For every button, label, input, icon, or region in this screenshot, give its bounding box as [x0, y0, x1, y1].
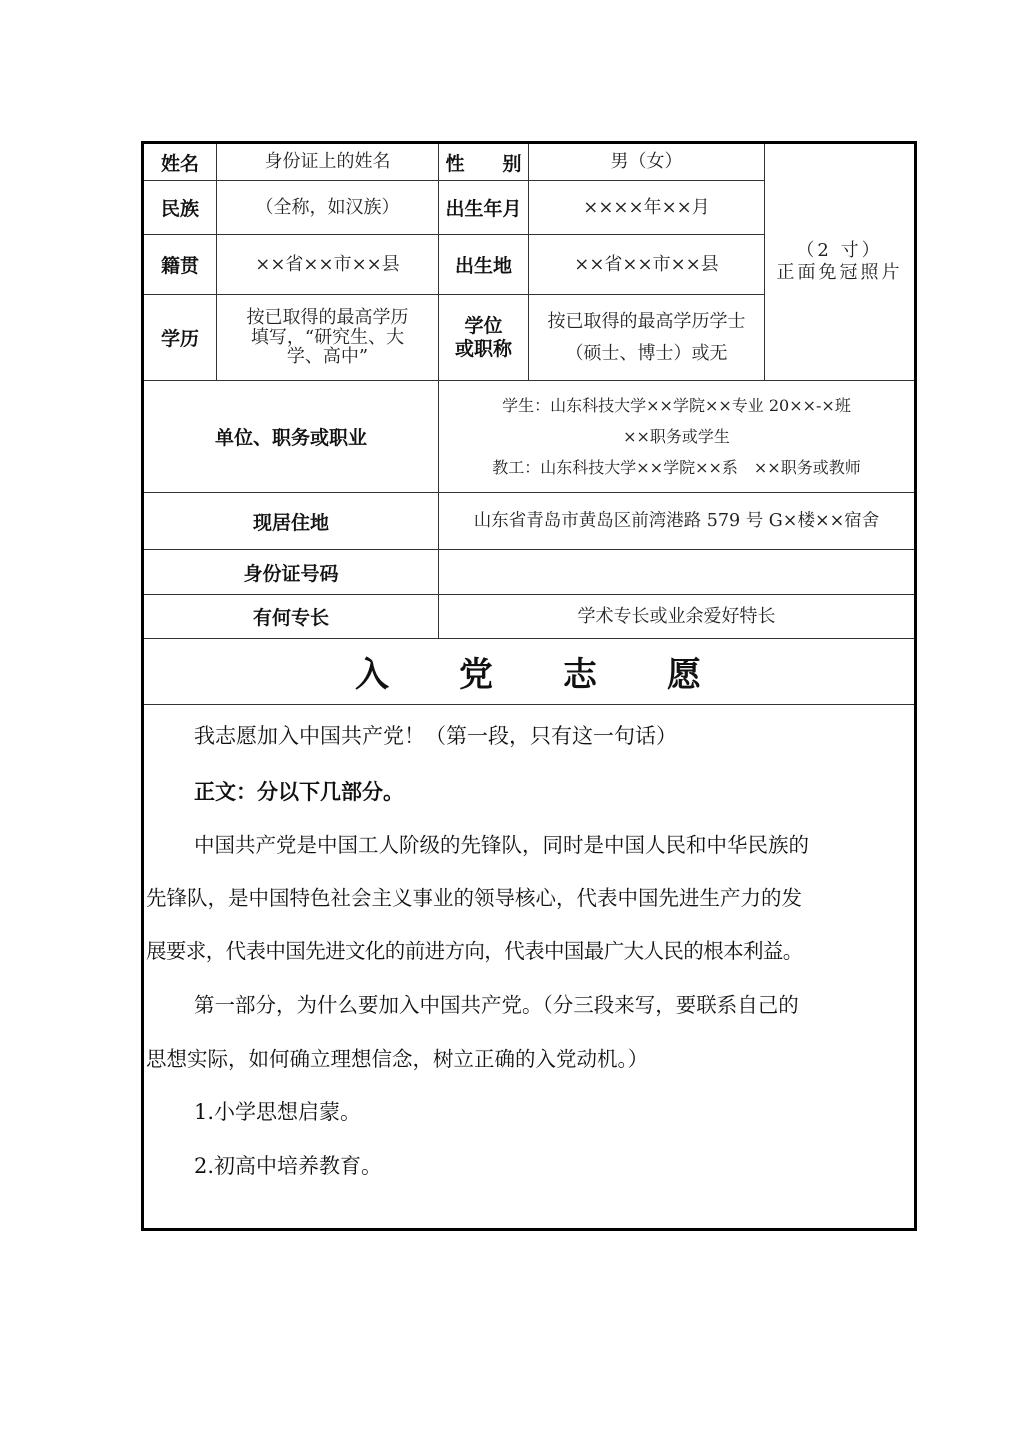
photo-placeholder[interactable]: （2 寸） 正面免冠照片	[765, 144, 914, 380]
birthplace-label: 出生地	[439, 235, 528, 294]
id-number-field[interactable]	[439, 550, 914, 594]
education-line: 学、高中”	[287, 347, 368, 367]
employer-line: 教工：山东科技大学××学院××系 ××职务或教师	[492, 452, 860, 483]
degree-label-line: 或职称	[455, 338, 512, 361]
section-title-char: 志	[563, 647, 599, 696]
section-title-char: 入	[355, 647, 391, 696]
education-line: 按已取得的最高学历	[247, 308, 409, 328]
name-field[interactable]: 身份证上的姓名	[217, 144, 438, 180]
address-field[interactable]: 山东省青岛市黄岛区前湾港路 579 号 G×楼××宿舍	[439, 493, 914, 549]
paragraph-line: 展要求，代表中国先进文化的前进方向，代表中国最广大人民的根本利益。	[146, 934, 803, 964]
specialty-label: 有何专长	[144, 595, 438, 638]
application-form: 姓名 身份证上的姓名 性 别 男（女） （2 寸） 正面免冠照片 民族 （全称，…	[141, 141, 917, 1231]
gender-label: 性 别	[439, 144, 528, 180]
photo-size-text: （2 寸）	[796, 240, 882, 262]
section-title-char: 党	[459, 647, 495, 696]
paragraph-declaration: 我志愿加入中国共产党！（第一段，只有这一句话）	[194, 720, 677, 750]
address-label: 现居住地	[144, 493, 438, 549]
ethnicity-label: 民族	[144, 181, 216, 234]
specialty-field[interactable]: 学术专长或业余爱好特长	[439, 595, 914, 638]
employer-field[interactable]: 学生：山东科技大学××学院××专业 20××-×班 ××职务或学生 教工：山东科…	[439, 381, 914, 492]
list-item: 1.小学思想启蒙。	[194, 1096, 361, 1126]
section-title: 入 党 志 愿	[144, 639, 914, 704]
id-number-label: 身份证号码	[144, 550, 438, 594]
employer-label: 单位、职务或职业	[144, 381, 438, 492]
paragraph-line: 中国共产党是中国工人阶级的先锋队，同时是中国人民和中华民族的	[194, 828, 809, 858]
degree-line: 按已取得的最高学历学士	[548, 306, 746, 338]
degree-label: 学位 或职称	[439, 295, 528, 380]
gender-field[interactable]: 男（女）	[529, 144, 764, 180]
birthplace-field[interactable]: ××省××市××县	[529, 235, 764, 294]
degree-field[interactable]: 按已取得的最高学历学士 （硕士、博士）或无	[529, 295, 764, 380]
paragraph-line: 先锋队，是中国特色社会主义事业的领导核心，代表中国先进生产力的发	[146, 881, 802, 911]
native-place-field[interactable]: ××省××市××县	[217, 235, 438, 294]
paragraph-line: 第一部分，为什么要加入中国共产党。（分三段来写，要联系自己的	[194, 988, 799, 1018]
photo-desc-text: 正面免冠照片	[777, 262, 903, 284]
degree-line: （硕士、博士）或无	[566, 338, 728, 370]
birth-date-label: 出生年月	[439, 181, 528, 234]
education-label: 学历	[144, 295, 216, 380]
row-divider	[144, 704, 914, 705]
section-title-char: 愿	[667, 647, 703, 696]
list-item: 2.初高中培养教育。	[194, 1150, 382, 1180]
degree-label-line: 学位	[464, 315, 502, 338]
employer-line: 学生：山东科技大学××学院××专业 20××-×班	[502, 390, 851, 421]
native-place-label: 籍贯	[144, 235, 216, 294]
ethnicity-field[interactable]: （全称，如汉族）	[217, 181, 438, 234]
birth-date-field[interactable]: ××××年××月	[529, 181, 764, 234]
paragraph-line: 思想实际，如何确立理想信念，树立正确的入党动机。）	[146, 1042, 648, 1072]
paragraph-heading: 正文：分以下几部分。	[194, 776, 404, 806]
education-field[interactable]: 按已取得的最高学历 填写，“研究生、大 学、高中”	[217, 295, 438, 380]
name-label: 姓名	[144, 144, 216, 180]
education-line: 填写，“研究生、大	[251, 328, 404, 348]
employer-line: ××职务或学生	[623, 421, 730, 452]
